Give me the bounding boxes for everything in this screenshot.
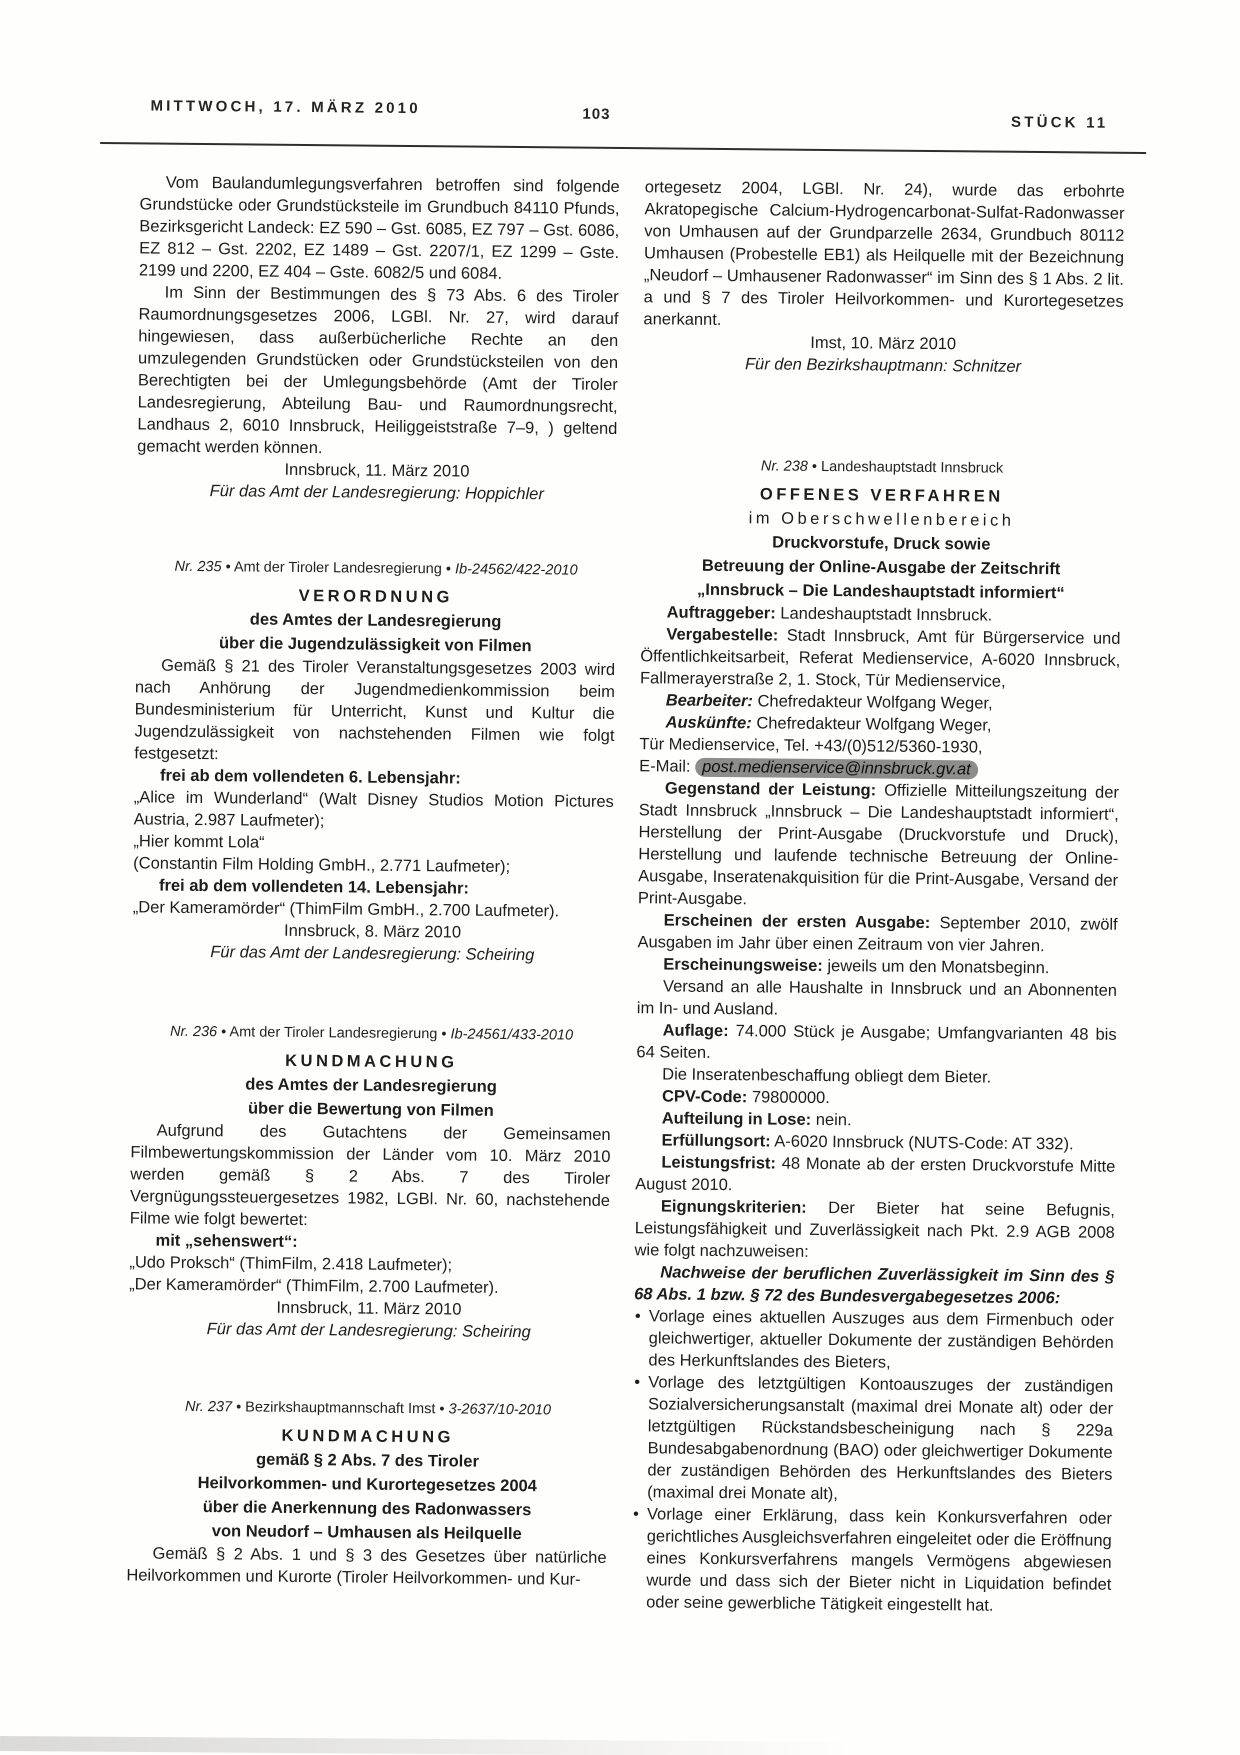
film-entry: „Der Kameramörder“ (ThimFilm GmbH., 2.70…: [133, 896, 613, 923]
content-columns: Vom Baulandumlegungsverfahren betroffen …: [126, 171, 1125, 1617]
field-label: CPV-Code:: [662, 1087, 747, 1106]
film-entry: „Der Kameramörder“ (ThimFilm, 2.700 Lauf…: [129, 1273, 609, 1300]
email-address: post.medienservice@innsbruck.gv.at: [695, 758, 978, 780]
header-issue-label: STÜCK 11: [1011, 114, 1108, 132]
field-auflage: Auflage: 74.000 Stück je Ausgabe; Umfang…: [636, 1019, 1116, 1068]
notice-236-signature-line: Für das Amt der Landesregierung: Scheiri…: [129, 1317, 609, 1344]
field-value: Chefredakteur Wolfgang Weger,: [757, 692, 992, 712]
notice-238-authority: Landeshauptstadt Innsbruck: [821, 459, 1003, 477]
separator-dot: •: [446, 561, 451, 577]
header-rule: [100, 142, 1146, 154]
field-eignungskriterien: Eignungskriterien: Der Bieter hat seine …: [634, 1195, 1115, 1266]
notice-236-intro: Aufgrund des Gutachtens der Gemeinsamen …: [130, 1119, 611, 1234]
landeck-signature-line: Für das Amt der Landesregierung: Hoppich…: [137, 479, 617, 506]
bullet-text: Vorlage des letztgültigen Kontoauszuges …: [647, 1373, 1113, 1503]
field-value: Chefredakteur Wolfgang Weger,: [756, 714, 991, 734]
field-versand: Versand an alle Haushalte in Innsbruck u…: [637, 975, 1117, 1024]
notice-238: Nr. 238 • Landeshauptstadt Innsbruck OFF…: [631, 454, 1122, 1618]
field-label: Leistungsfrist:: [661, 1153, 776, 1172]
field-gegenstand: Gegenstand der Leistung: Offizielle Mitt…: [638, 777, 1119, 914]
notice-235-signature-line: Für das Amt der Landesregierung: Scheiri…: [132, 940, 612, 967]
field-label: Auflage:: [663, 1021, 729, 1040]
separator-dot: •: [812, 459, 817, 475]
email-label: E-Mail:: [639, 757, 691, 775]
field-label: Erscheinen der ersten Ausgabe:: [664, 911, 931, 932]
header-date: MITTWOCH, 17. MÄRZ 2010: [150, 97, 420, 117]
field-leistungsfrist: Leistungsfrist: 48 Monate ab der ersten …: [635, 1151, 1115, 1200]
notice-237-continuation: ortegesetz 2004, LGBl. Nr. 24), wurde da…: [643, 176, 1124, 335]
scanned-sheet: MITTWOCH, 17. MÄRZ 2010 103 STÜCK 11 Vom…: [2, 0, 1240, 6]
right-column: ortegesetz 2004, LGBl. Nr. 24), wurde da…: [631, 176, 1125, 1618]
field-label: Vergabestelle:: [666, 625, 778, 644]
landeck-notice-paragraph-1: Vom Baulandumlegungsverfahren betroffen …: [139, 171, 620, 286]
notice-237-ref: Nr. 237 • Bezirkshauptmannschaft Imst • …: [128, 1395, 608, 1422]
bullet-marker: •: [633, 1503, 639, 1525]
notice-235-authority: Amt der Tiroler Landesregierung: [234, 559, 442, 577]
notice-235: Nr. 235 • Amt der Tiroler Landesregierun…: [132, 555, 616, 967]
field-label: Auftraggeber:: [667, 603, 776, 622]
separator-dot: •: [226, 559, 231, 575]
bullet-text: Vorlage eines aktuellen Auszuges aus dem…: [648, 1307, 1114, 1371]
field-value: 79800000.: [752, 1088, 830, 1107]
notice-235-ref: Nr. 235 • Amt der Tiroler Landesregierun…: [136, 555, 616, 582]
notice-235-file-number: Ib-24562/422-2010: [455, 561, 578, 578]
field-value: Landeshauptstadt Innsbruck.: [780, 605, 992, 625]
notice-238-ref: Nr. 238 • Landeshauptstadt Innsbruck: [642, 454, 1122, 481]
field-label: Auskünfte:: [666, 713, 752, 732]
field-label: Aufteilung in Lose:: [662, 1109, 812, 1128]
film-entry: „Alice im Wunderland“ (Walt Disney Studi…: [134, 786, 614, 835]
field-label: Bearbeiter:: [666, 691, 753, 710]
separator-dot: •: [221, 1024, 226, 1040]
notice-236-number: Nr. 236: [170, 1024, 217, 1040]
separator-dot: •: [236, 1399, 241, 1415]
landeck-notice-paragraph-2: Im Sinn der Bestimmungen des § 73 Abs. 6…: [137, 281, 619, 462]
separator-dot: •: [439, 1401, 444, 1417]
bullet-text: Vorlage einer Erklärung, dass kein Konku…: [646, 1505, 1112, 1614]
notice-237-signature-line: Für den Bezirkshauptmann: Schnitzer: [643, 352, 1123, 379]
page-header: MITTWOCH, 17. MÄRZ 2010 103 STÜCK 11: [151, 97, 1109, 106]
gazette-page: MITTWOCH, 17. MÄRZ 2010 103 STÜCK 11 Vom…: [0, 0, 1240, 1755]
scan-shadow: [0, 1736, 970, 1755]
field-value: A-6020 Innsbruck (NUTS-Code: AT 332).: [774, 1133, 1073, 1154]
bullet-item: •Vorlage des letztgültigen Kontoauszuges…: [632, 1371, 1113, 1508]
notice-235-intro: Gemäß § 21 des Tiroler Veranstaltungsges…: [134, 654, 615, 769]
field-value: Offizielle Mitteilungszeitung der Stadt …: [638, 782, 1119, 909]
field-label: Eignungskriterien:: [661, 1197, 807, 1216]
notice-237-body: Gemäß § 2 Abs. 1 und § 3 des Gesetzes üb…: [126, 1542, 606, 1591]
field-value: nein.: [816, 1111, 852, 1129]
field-label: Gegenstand der Leistung:: [665, 779, 876, 799]
nachweise-heading: Nachweise der beruflichen Zuverlässigkei…: [634, 1261, 1114, 1310]
notice-237-authority: Bezirkshauptmannschaft Imst: [245, 1399, 435, 1417]
field-erscheinen: Erscheinen der ersten Ausgabe: September…: [637, 909, 1117, 958]
notice-237-number: Nr. 237: [185, 1399, 232, 1415]
page-number: 103: [582, 106, 610, 123]
notice-235-number: Nr. 235: [174, 559, 221, 575]
left-column: Vom Baulandumlegungsverfahren betroffen …: [126, 171, 620, 1613]
bullet-item: •Vorlage eines aktuellen Auszuges aus de…: [633, 1305, 1114, 1376]
field-label: Erscheinungsweise:: [663, 955, 823, 975]
notice-236-ref: Nr. 236 • Amt der Tiroler Landesregierun…: [132, 1020, 612, 1047]
field-label: Erfüllungsort:: [662, 1131, 771, 1150]
field-vergabestelle: Vergabestelle: Stadt Innsbruck, Amt für …: [640, 623, 1121, 694]
notice-236-authority: Amt der Tiroler Landesregierung: [229, 1024, 437, 1042]
bullet-item: •Vorlage einer Erklärung, dass kein Konk…: [631, 1503, 1112, 1618]
notice-236-file-number: Ib-24561/433-2010: [450, 1026, 573, 1043]
separator-dot: •: [441, 1026, 446, 1042]
notice-237: Nr. 237 • Bezirkshauptmannschaft Imst • …: [126, 1395, 608, 1591]
notice-237-subtitle-2: Heilvorkommen- und Kurortegesetzes 2004: [127, 1470, 607, 1499]
notice-237-file-number: 3-2637/10-2010: [448, 1401, 551, 1418]
bullet-marker: •: [635, 1305, 641, 1327]
field-value: jeweils um den Monatsbeginn.: [827, 957, 1049, 977]
notice-238-number: Nr. 238: [761, 458, 808, 474]
bullet-marker: •: [634, 1371, 640, 1393]
requirements-bullet-list: •Vorlage eines aktuellen Auszuges aus de…: [631, 1305, 1114, 1618]
notice-236: Nr. 236 • Amt der Tiroler Landesregierun…: [129, 1020, 612, 1344]
